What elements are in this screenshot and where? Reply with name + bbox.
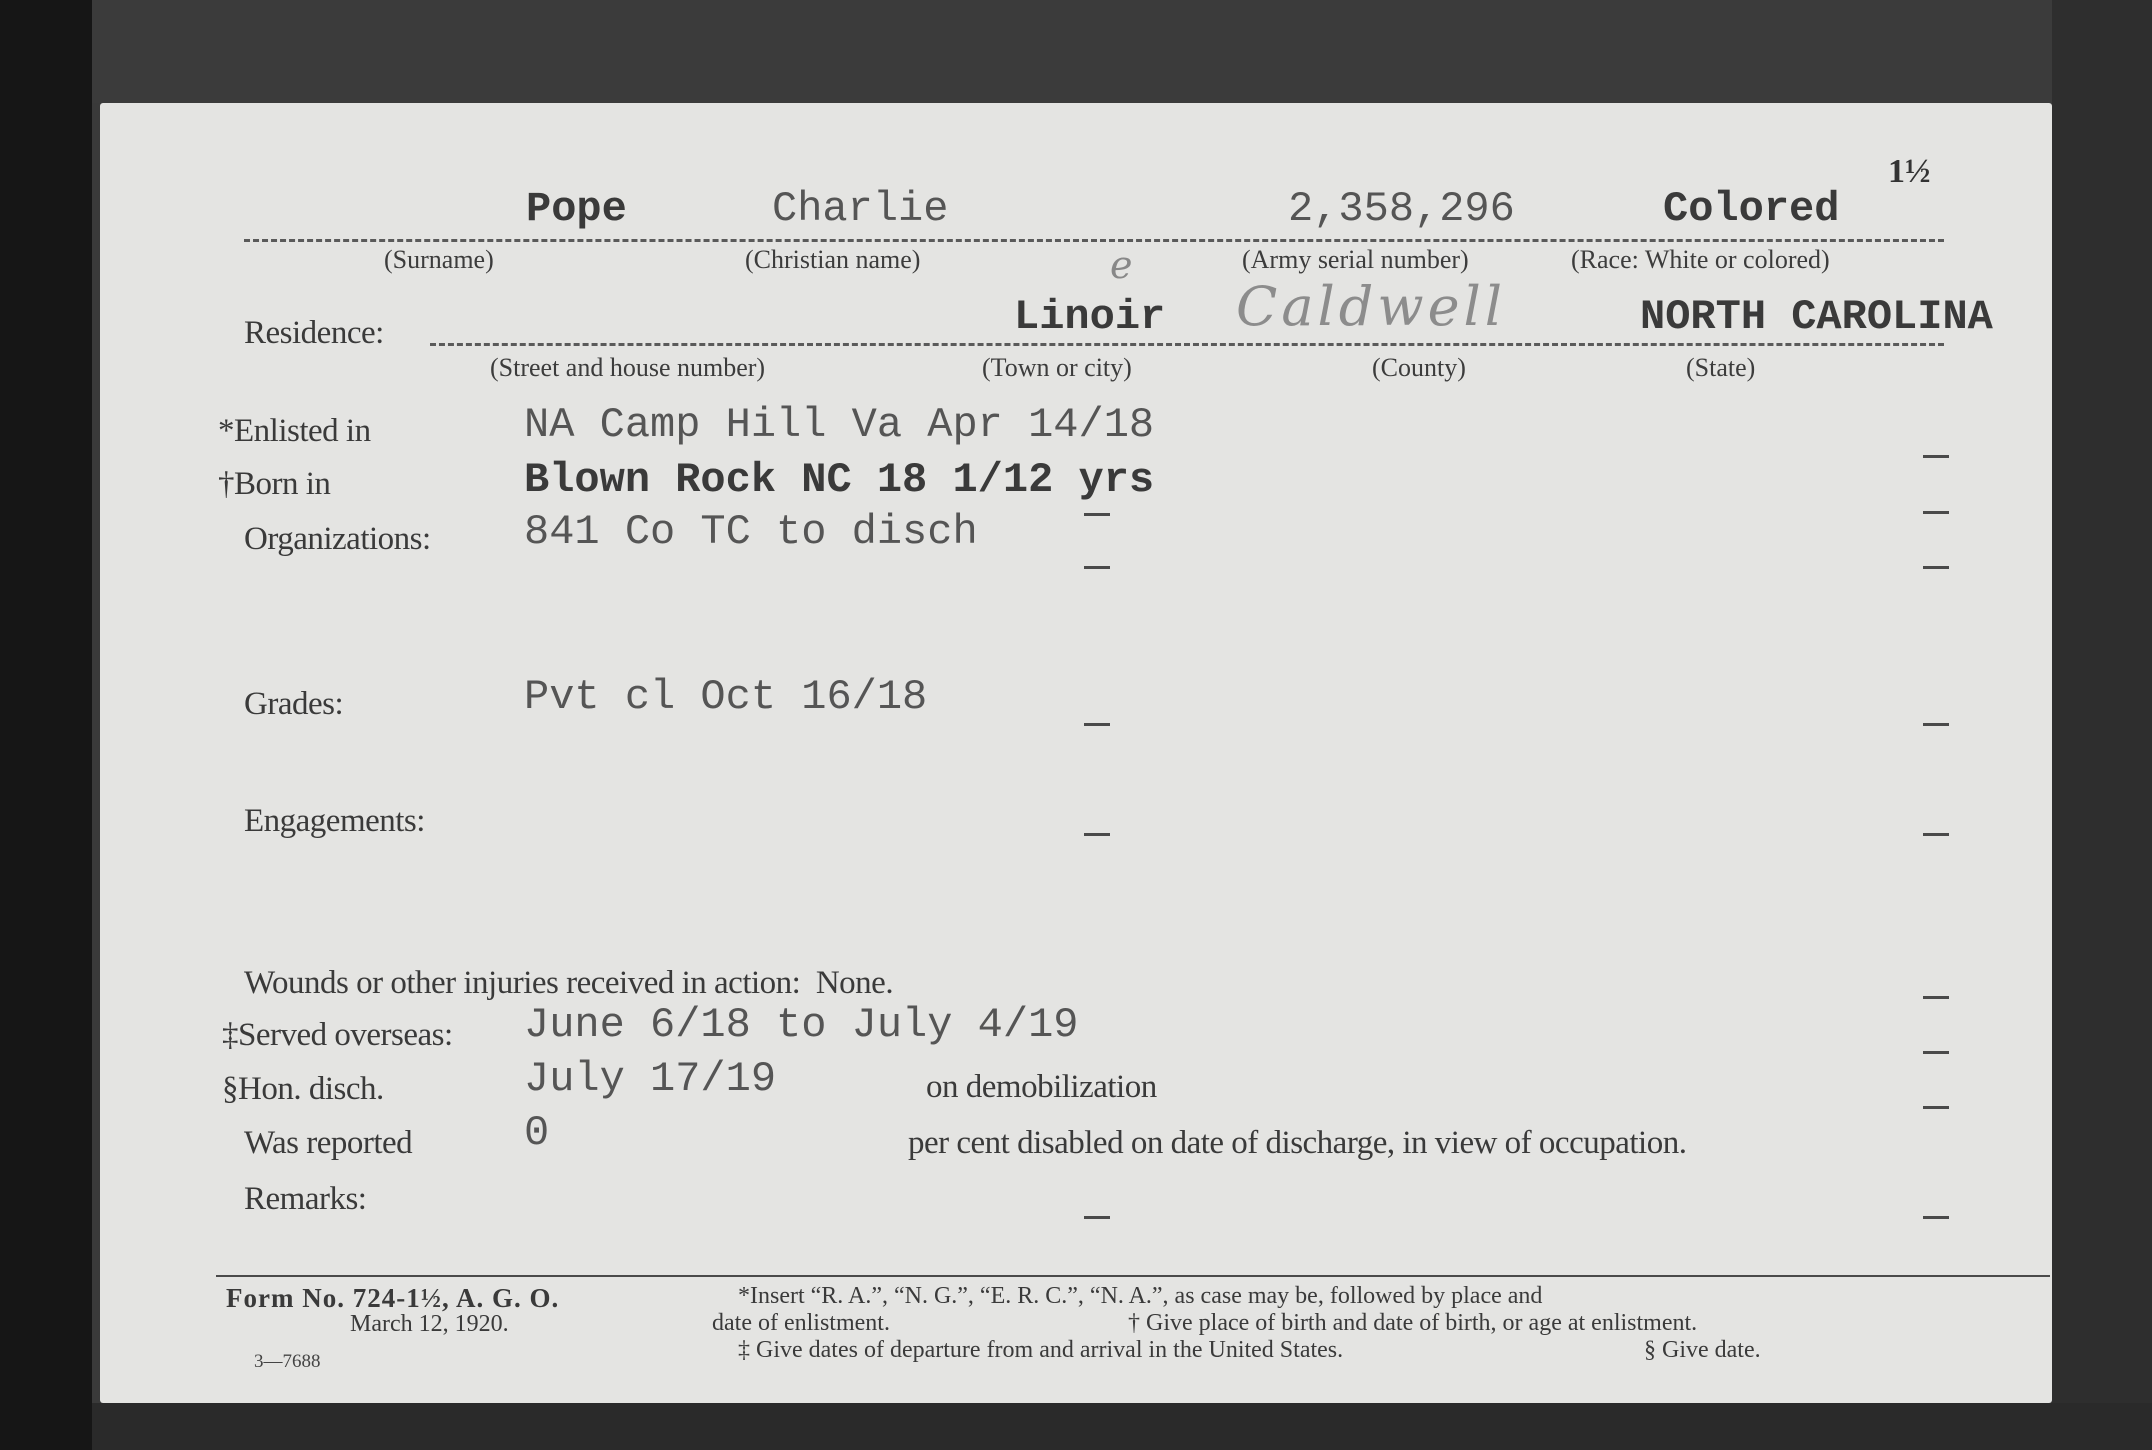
state-value: NORTH CAROLINA [1640, 293, 1993, 341]
reported-value: 0 [524, 1109, 549, 1157]
tick-mark [1084, 1216, 1110, 1219]
form-date: March 12, 1920. [350, 1311, 509, 1338]
town-value: Linoir [1014, 293, 1165, 341]
tick-mark [1923, 1106, 1949, 1109]
tick-mark [1923, 1216, 1949, 1219]
footnote-insert: *Insert “R. A.”, “N. G.”, “E. R. C.”, “N… [738, 1283, 1542, 1310]
residence-label: Residence: [244, 315, 384, 352]
print-code: 3—7688 [254, 1351, 321, 1373]
dagger-mark: † [218, 466, 234, 502]
tick-mark [1084, 566, 1110, 569]
state-caption: (State) [1686, 353, 1755, 383]
asterisk-mark: * [218, 413, 234, 449]
race-value: Colored [1663, 185, 1839, 233]
hon-disch-suffix: on demobilization [926, 1069, 1157, 1106]
hon-disch-value: July 17/19 [524, 1055, 776, 1103]
born-label: †Born in [218, 466, 330, 503]
tick-mark [1923, 566, 1949, 569]
wounds-label: Wounds or other injuries received in act… [244, 965, 893, 1002]
surname-caption: (Surname) [384, 245, 494, 275]
overseas-label: ‡Served overseas: [222, 1017, 453, 1054]
scan-top-background [92, 0, 2152, 103]
reported-label: Was reported [244, 1125, 412, 1162]
scan-right-background [2052, 0, 2152, 1450]
remarks-label: Remarks: [244, 1181, 366, 1218]
footnote-date: § Give date. [1644, 1337, 1761, 1364]
tick-mark [1923, 833, 1949, 836]
tick-mark [1923, 455, 1949, 458]
footnote-birth: † Give place of birth and date of birth,… [1128, 1310, 1697, 1337]
tick-mark [1084, 513, 1110, 516]
card-number: 1½ [1888, 153, 1931, 191]
tick-mark [1084, 833, 1110, 836]
organizations-value: 841 Co TC to disch [524, 508, 978, 556]
grades-label: Grades: [244, 686, 343, 723]
serial-number-caption: (Army serial number) [1242, 245, 1469, 275]
form-number: Form No. 724-1½, A. G. O. [226, 1283, 559, 1314]
tick-mark [1923, 1051, 1949, 1054]
service-record-card: 1½ Pope Charlie 2,358,296 Colored (Surna… [100, 103, 2052, 1403]
grades-value: Pvt cl Oct 16/18 [524, 673, 927, 721]
christian-name-value: Charlie [772, 185, 948, 233]
footnote-overseas: ‡ Give dates of departure from and arriv… [738, 1337, 1343, 1364]
double-dagger-mark: ‡ [222, 1017, 238, 1053]
organizations-label: Organizations: [244, 521, 431, 558]
surname-value: Pope [526, 185, 627, 233]
tick-mark [1923, 723, 1949, 726]
scan-left-edge [0, 0, 92, 1450]
wounds-value: None. [816, 965, 893, 1001]
tick-mark [1923, 996, 1949, 999]
tick-mark [1923, 511, 1949, 514]
engagements-label: Engagements: [244, 803, 425, 840]
footer-rule [216, 1275, 2050, 1277]
enlisted-value: NA Camp Hill Va Apr 14/18 [524, 401, 1154, 449]
section-mark: § [222, 1071, 238, 1107]
reported-suffix: per cent disabled on date of discharge, … [908, 1125, 1686, 1162]
tick-mark [1084, 723, 1110, 726]
christian-name-caption: (Christian name) [745, 245, 920, 275]
enlisted-label: *Enlisted in [218, 413, 371, 450]
county-value-handwritten: Caldwell [1236, 275, 1506, 338]
serial-number-value: 2,358,296 [1288, 185, 1515, 233]
overseas-value: June 6/18 to July 4/19 [524, 1001, 1079, 1049]
town-caption: (Town or city) [982, 353, 1132, 383]
county-caption: (County) [1372, 353, 1466, 383]
town-correction-handwritten: e [1110, 243, 1133, 287]
race-caption: (Race: White or colored) [1571, 245, 1830, 275]
footnote-enlistment: date of enlistment. [712, 1310, 890, 1337]
scan-bottom-background [92, 1403, 2152, 1450]
born-value: Blown Rock NC 18 1/12 yrs [524, 456, 1154, 504]
hon-disch-label: §Hon. disch. [222, 1071, 384, 1108]
header-dotted-line [244, 239, 1944, 242]
residence-dotted-line [430, 343, 1944, 346]
street-caption: (Street and house number) [490, 353, 765, 383]
